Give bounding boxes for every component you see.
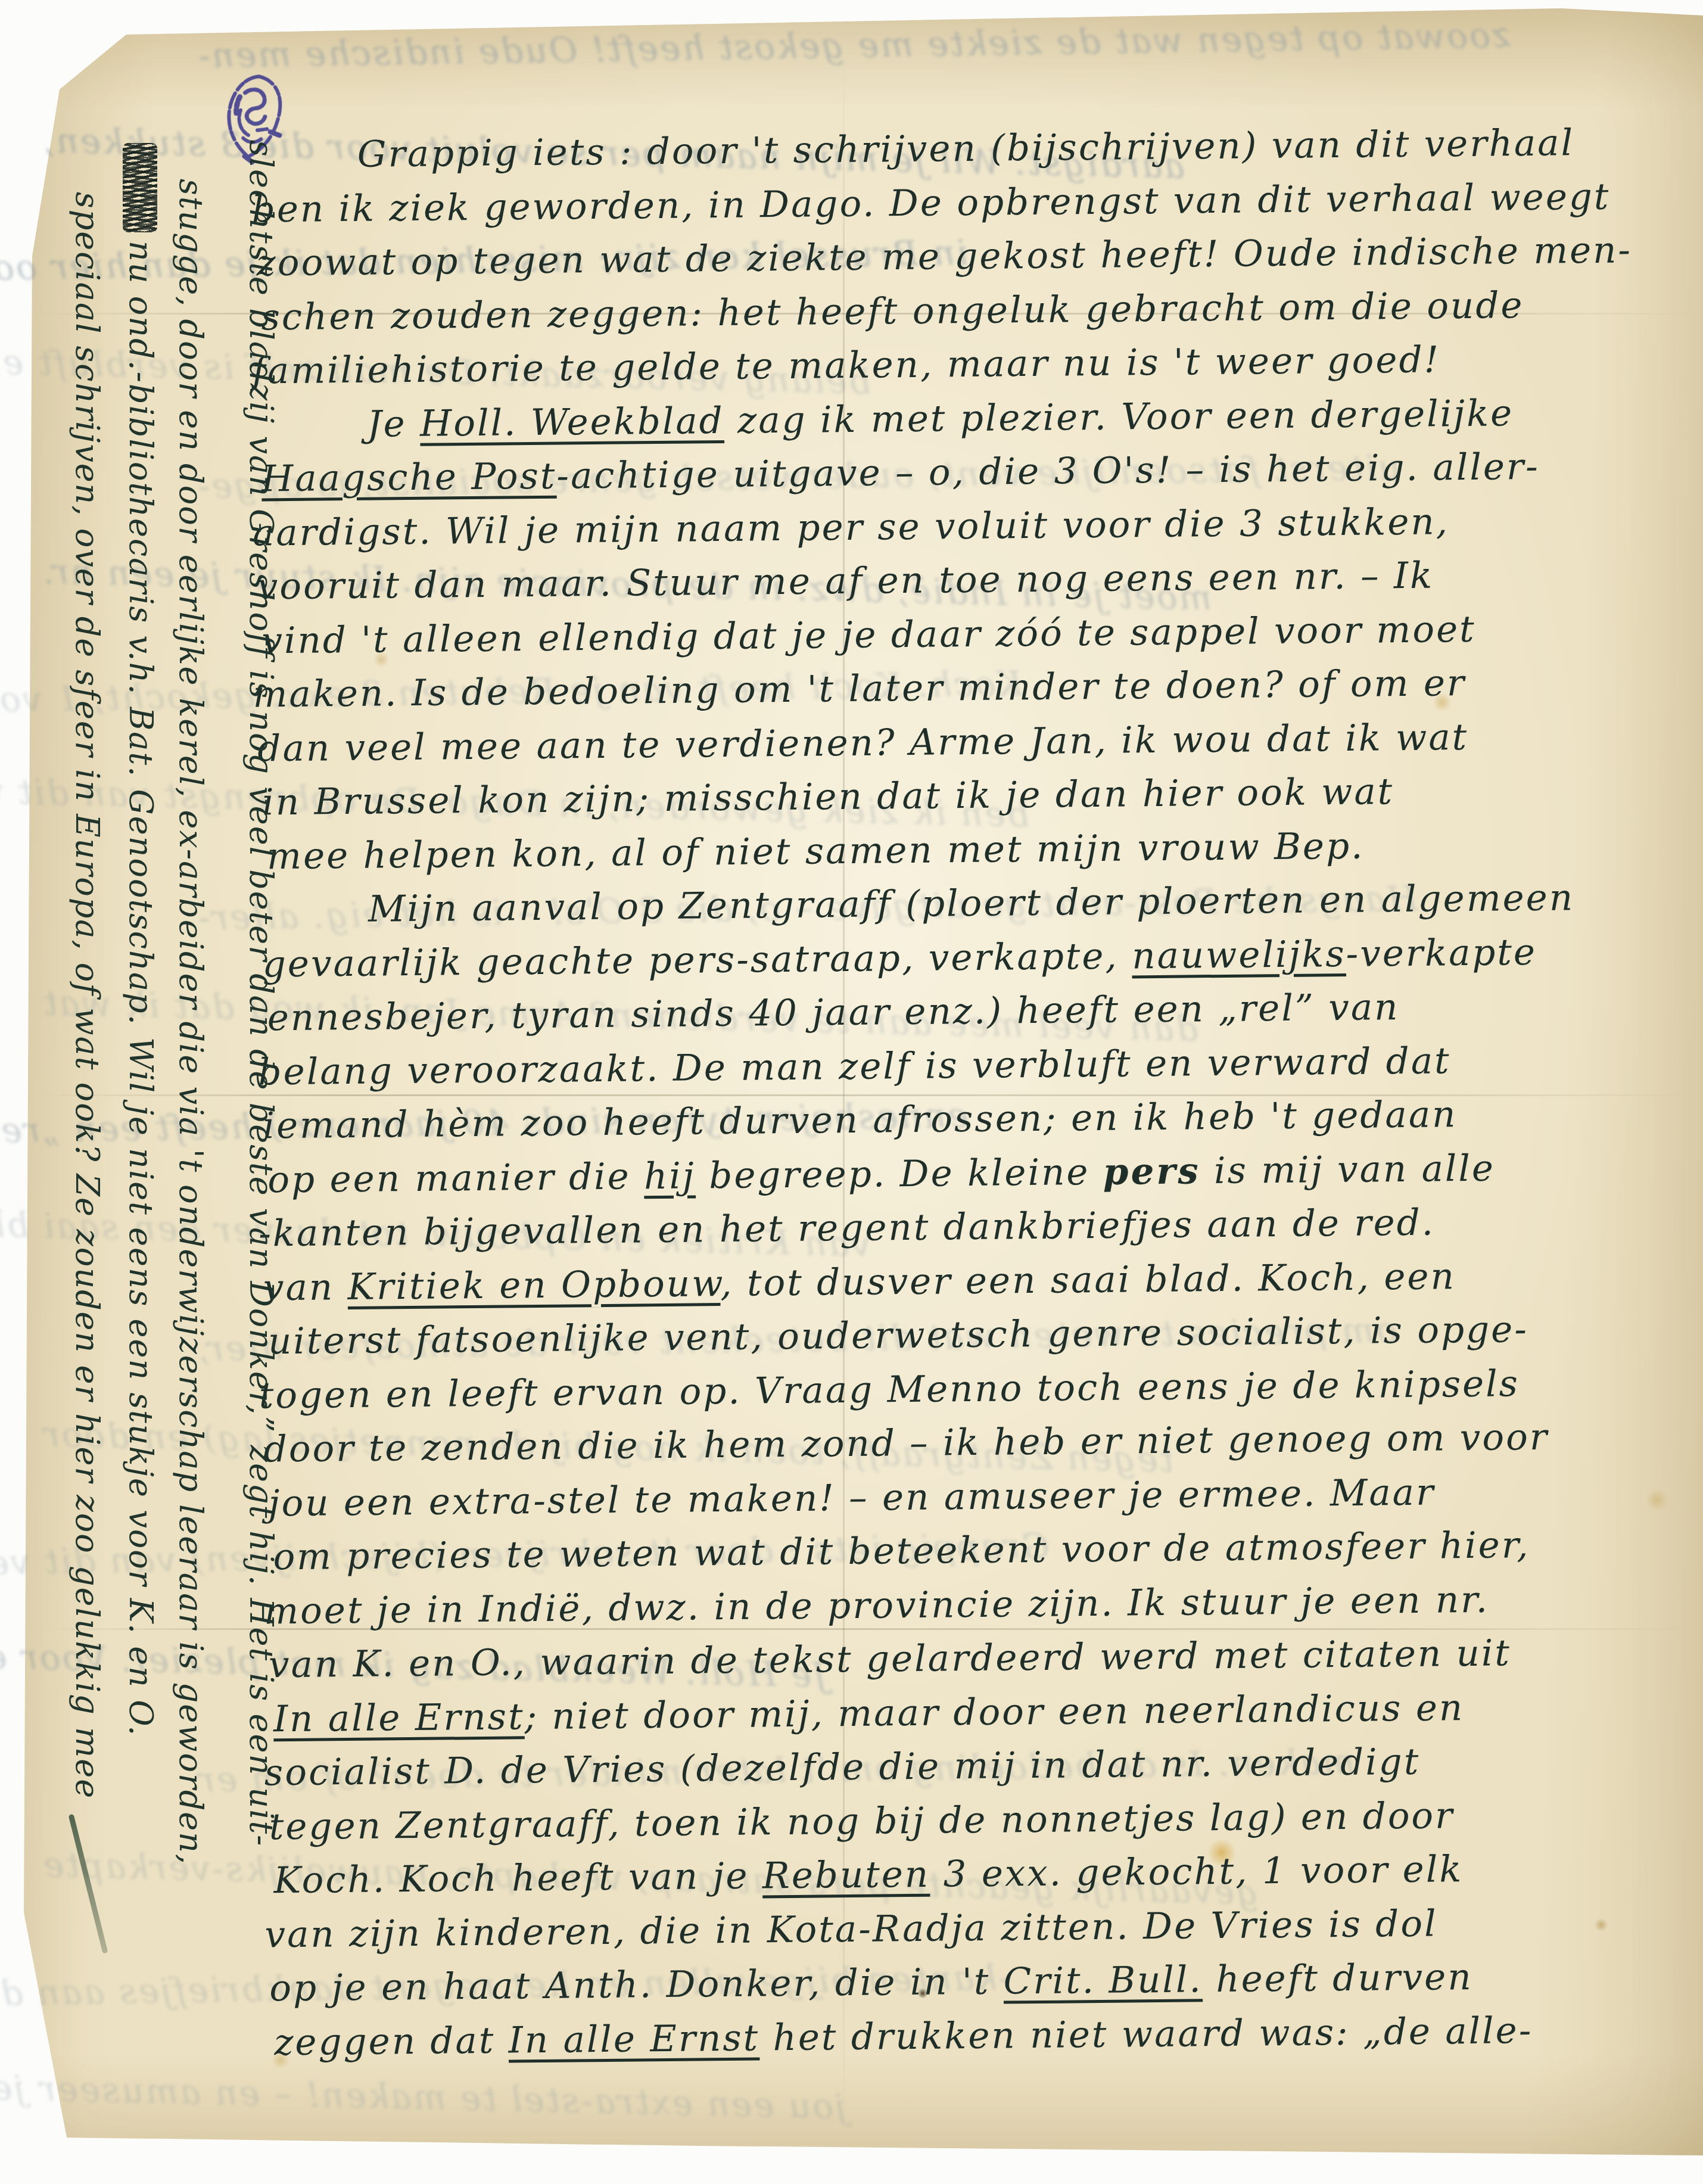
letter-text-segment: is mij van alle xyxy=(1200,1147,1495,1192)
letter-text-segment: slechtste bladzij van Greshoff is nog ve… xyxy=(242,140,280,1847)
letter-text-segment: -verkapte xyxy=(1346,931,1537,975)
letter-text-segment: , tot dusver een saai blad. Koch, een xyxy=(720,1255,1456,1305)
letter-text-segment: maken. Is de bedoeling om 't later minde… xyxy=(253,662,1466,716)
letter-text-segment: op een manier die xyxy=(267,1155,644,1201)
letter-scan: zoowat op tegen wat de ziekte me gekost … xyxy=(0,0,1703,2184)
letter-text-segment: speciaal schrijven, over de sfeer in Eur… xyxy=(69,192,106,1799)
letter-text-segment: socialist D. de Vries (dezelfde die mij … xyxy=(264,1741,1421,1794)
letter-text-segment: heeft durven xyxy=(1202,1956,1472,2001)
letter-text-segment: om precies te weten wat dit beteekent vo… xyxy=(273,1524,1530,1578)
letter-body: Grappig iets : door 't schrijven (bijsch… xyxy=(247,116,1695,2070)
letter-text-segment: In alle Ernst xyxy=(273,1695,525,1740)
letter-text-segment: belang veroorzaakt. De man zelf is verbl… xyxy=(258,1040,1451,1093)
letter-text-segment: jou een extra-stel te maken! – en amusee… xyxy=(268,1471,1435,1525)
margin-line-3: nu ond.-bibliothecaris v.h. Bat. Genoots… xyxy=(122,142,160,1737)
letter-text-segment: Kritiek en Opbouw xyxy=(347,1262,720,1308)
letter-text-segment: schen zouden zeggen: het heeft ongeluk g… xyxy=(261,284,1524,338)
letter-text-segment: ; niet door mij, maar door een neerlandi… xyxy=(524,1687,1464,1738)
letter-text-segment: 3 exx. gekocht, 1 voor elk xyxy=(930,1848,1464,1896)
letter-text-segment: stugge, door en door eerlijke kerel, ex-… xyxy=(172,179,210,1865)
letter-text-segment: In alle Ernst xyxy=(508,2017,759,2061)
letter-text-segment: tegen Zentgraaff, toen ik nog bij de non… xyxy=(269,1794,1454,1848)
letter-text-segment: begreep. De kleine xyxy=(695,1150,1103,1197)
letter-text-segment: nauwelijks xyxy=(1132,932,1346,976)
letter-text-segment: familiehistorie te gelde te maken, maar … xyxy=(252,338,1440,392)
letter-text-segment: togen en leeft ervan op. Vraag Menno toc… xyxy=(259,1362,1520,1417)
letter-text-segment: het drukken niet waard was: „de alle- xyxy=(759,2009,1533,2059)
letter-text-segment: zeggen dat xyxy=(274,2019,509,2064)
letter-text-segment: mee helpen kon, al of niet samen met mij… xyxy=(267,825,1365,878)
letter-text-segment: van K. en O., waarin de tekst gelardeerd… xyxy=(269,1632,1511,1686)
letter-text-segment: Koch. Koch heeft van je xyxy=(273,1855,762,1902)
margin-line-1: slechtste bladzij van Greshoff is nog ve… xyxy=(242,140,280,1847)
letter-text-segment: -kanten bijgevallen en het regent dankbr… xyxy=(259,1202,1435,1255)
letter-text-segment: nu ond.-bibliothecaris v.h. Bat. Genoots… xyxy=(122,241,160,1737)
letter-text-segment: van zijn kinderen, die in Kota-Radja zit… xyxy=(264,1902,1438,1956)
pen-flourish xyxy=(69,1814,108,1954)
letter-text-segment: vind 't alleen ellendig dat je je daar z… xyxy=(261,608,1476,662)
crossed-out-word xyxy=(123,143,157,232)
letter-text-segment: zoowat op tegen wat de ziekte me gekost … xyxy=(256,229,1632,284)
letter-text-segment: Grappig iets : door 't schrijven (bijsch… xyxy=(357,122,1574,176)
letter-text-segment: hij xyxy=(644,1155,696,1197)
letter-text-segment: -achtige uitgave – o, die 3 O's! – is he… xyxy=(556,446,1540,497)
letter-text-segment: Rebuten xyxy=(762,1853,930,1897)
margin-line-4: speciaal schrijven, over de sfeer in Eur… xyxy=(69,192,106,1958)
letter-text-segment: iemand hèm zoo heeft durven afrossen; en… xyxy=(263,1093,1458,1147)
letter-text-segment: Haagsche Post xyxy=(261,455,557,500)
letter-text-segment: zag ik met plezier. Voor een dergelijke xyxy=(724,392,1514,442)
letter-text-segment: in Brussel kon zijn; misschien dat ik je… xyxy=(262,770,1394,823)
letter-text-segment: gevaarlijk geachte pers-satraap, verkapt… xyxy=(263,935,1132,985)
letter-text-segment: uiterst fatsoenlijke vent, ouderwetsch g… xyxy=(268,1308,1529,1362)
margin-line-2: stugge, door en door eerlijke kerel, ex-… xyxy=(172,179,210,1865)
letter-text-segment: moet je in Indië, dwz. in de provincie z… xyxy=(264,1578,1489,1632)
letter-text-segment: Crit. Bull. xyxy=(1003,1958,1203,2002)
letter-text-segment: ennesbejer, tyran sinds 40 jaar enz.) he… xyxy=(267,986,1399,1039)
letter-text-segment: Mijn aanval op Zentgraaff (ploert der pl… xyxy=(368,876,1575,930)
letter-text-segment: Holl. Weekblad xyxy=(420,399,724,444)
letter-text-segment: Je xyxy=(367,402,421,445)
letter-text-segment: op je en haat Anth. Donker, die in 't xyxy=(269,1961,1004,2010)
letter-text-segment: vooruit dan maar. Stuur me af en toe nog… xyxy=(257,555,1434,608)
letter-text-segment: aardigst. Wil je mijn naam per se voluit… xyxy=(253,500,1450,554)
letter-text-segment: dan veel mee aan te verdienen? Arme Jan,… xyxy=(257,715,1468,770)
letter-text-segment: door te zenden die ik hem zond – ik heb … xyxy=(263,1416,1549,1471)
letter-text-segment: ben ik ziek geworden, in Dago. De opbren… xyxy=(251,175,1610,231)
letter-text-segment: pers xyxy=(1103,1150,1201,1193)
